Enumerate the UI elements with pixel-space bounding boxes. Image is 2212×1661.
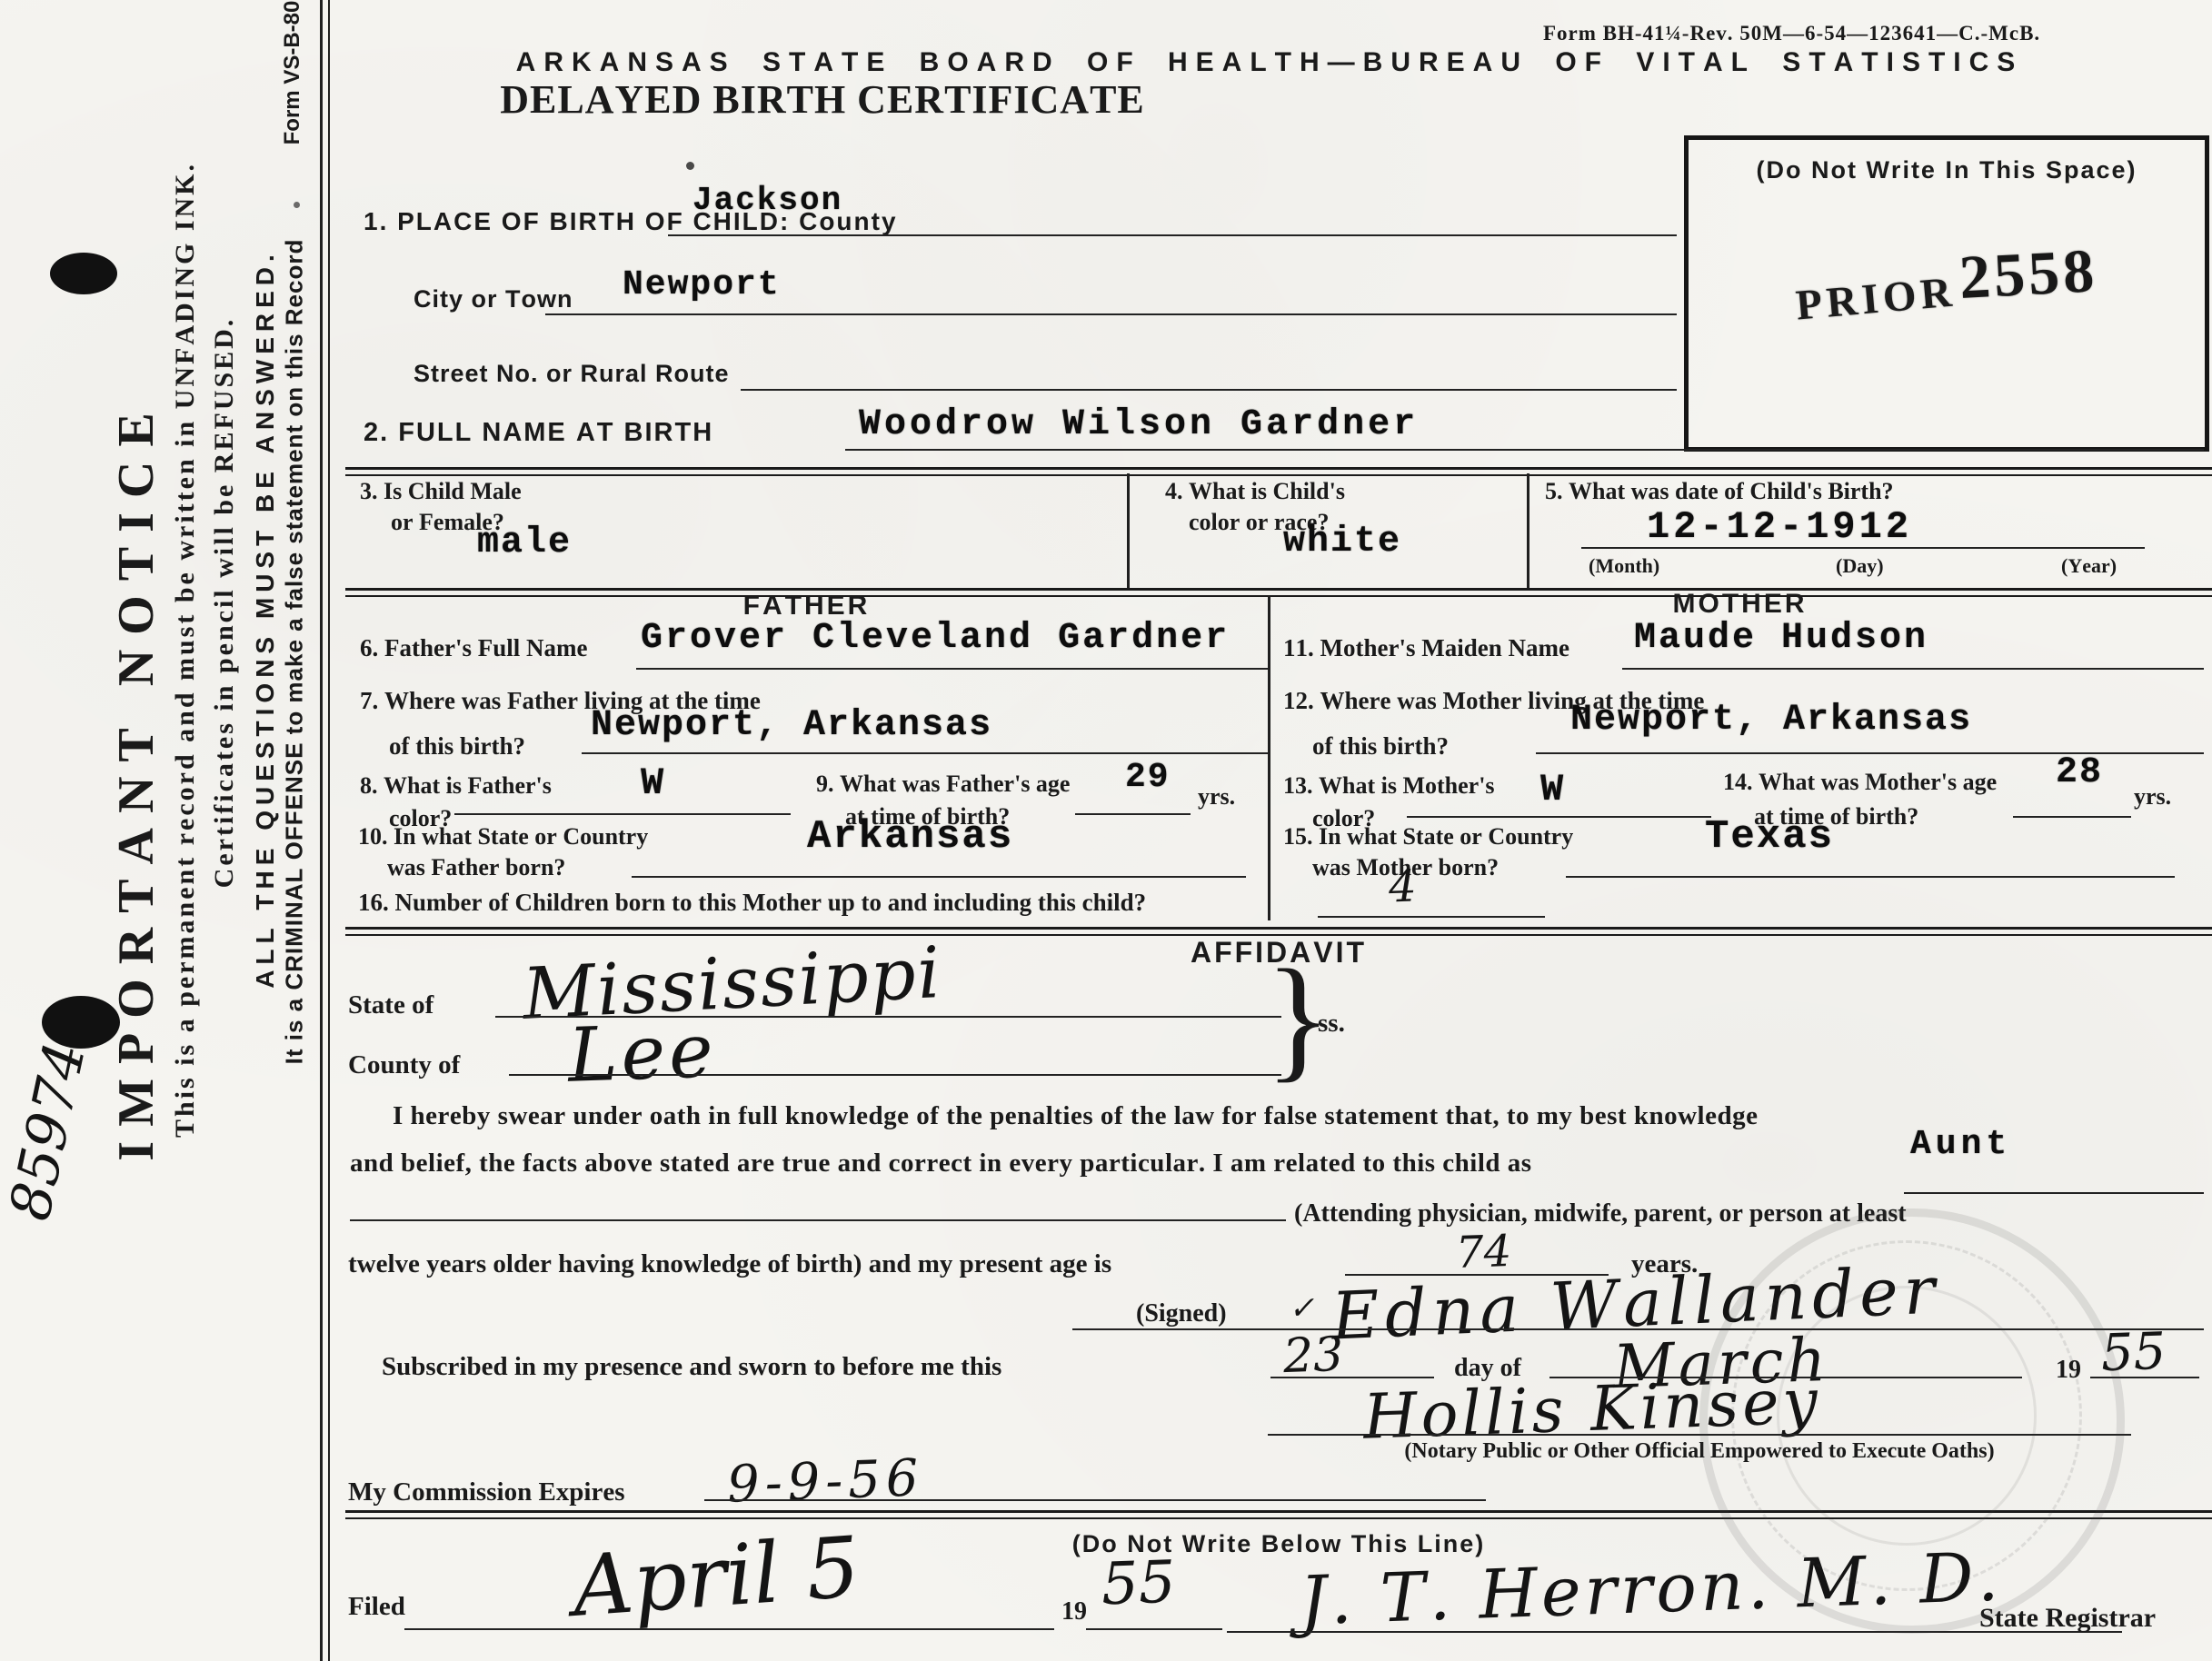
field1-county-line	[668, 234, 1677, 236]
cell-divider-1	[1127, 473, 1130, 588]
relation-line	[1904, 1192, 2204, 1194]
commission-label: My Commission Expires	[348, 1477, 625, 1507]
street-line	[741, 389, 1677, 391]
mother-name-label: 11. Mother's Maiden Name	[1283, 634, 1569, 662]
mother-name-line	[1622, 668, 2204, 670]
mother-age-line	[2013, 816, 2131, 818]
father-color-line	[454, 813, 791, 815]
filed-line	[404, 1628, 1054, 1630]
subscribed-line: Subscribed in my presence and sworn to b…	[382, 1352, 1001, 1382]
dob-value: 12-12-1912	[1647, 505, 1912, 549]
father-name-value: Grover Cleveland Gardner	[641, 618, 1230, 659]
attending-note: (Attending physician, midwife, parent, o…	[1294, 1199, 1907, 1228]
city-line	[545, 313, 1677, 315]
affidavit-county-label: County of	[348, 1050, 460, 1080]
form-reference: Form BH-41¼-Rev. 50M—6-54—123641—C.-McB.	[1543, 22, 2040, 45]
birth-certificate-document: 85974 IMPORTANT NOTICE This is a permane…	[0, 0, 2212, 1661]
father-color-value: W	[641, 761, 665, 805]
mother-name-value: Maude Hudson	[1634, 618, 1928, 659]
father-birthplace-value: Arkansas	[807, 814, 1013, 860]
father-color-label1: 8. What is Father's	[360, 772, 552, 800]
scan-speck	[294, 202, 300, 208]
sidebar-important-notice: IMPORTANT NOTICE	[107, 398, 165, 1160]
city-label: City or Town	[414, 285, 573, 313]
signed-label: (Signed)	[1136, 1299, 1227, 1328]
handwritten-file-number: 85974	[0, 1037, 98, 1226]
father-birthplace-label1: 10. In what State or Country	[358, 823, 648, 850]
mother-residence-label2: of this birth?	[1312, 732, 1449, 761]
attending-blank-line	[350, 1219, 1286, 1221]
affidavit-state-label: State of	[348, 990, 433, 1020]
father-residence-label2: of this birth?	[389, 732, 525, 761]
filed-label: Filed	[348, 1592, 405, 1622]
oath-line2: and belief, the facts above stated are t…	[350, 1149, 1532, 1179]
sworn-day-line	[1270, 1377, 1434, 1378]
commission-value: 9-9-56	[726, 1448, 924, 1515]
field2-label: 2. FULL NAME AT BIRTH	[364, 418, 713, 448]
sidebar-notice-line3: ALL THE QUESTIONS MUST BE ANSWERED.	[251, 249, 280, 989]
affidavit-top-rule	[345, 927, 2212, 936]
cell-divider-2	[1527, 473, 1529, 588]
mother-birthplace-label1: 15. In what State or Country	[1283, 823, 1573, 850]
mother-color-line	[1407, 816, 1711, 818]
do-not-write-note: (Do Not Write In This Space)	[1689, 156, 2205, 184]
mother-birthplace-value: Texas	[1705, 814, 1834, 860]
father-name-line	[636, 668, 1268, 670]
agency-title: ARKANSAS STATE BOARD OF HEALTH—BUREAU OF…	[327, 47, 2212, 78]
dob-month-label: (Month)	[1589, 554, 1659, 578]
father-age-line	[1075, 813, 1191, 815]
present-age-line: twelve years older having knowledge of b…	[348, 1249, 1111, 1279]
father-age-label1: 9. What was Father's age	[816, 771, 1070, 798]
filed-year-prefix: 19	[1061, 1597, 1087, 1626]
scan-speck	[686, 162, 694, 170]
prior-stamp-number: 2558	[1958, 234, 2099, 313]
notary-seal-inner	[1777, 1286, 2037, 1546]
sidebar-border-inner	[328, 0, 330, 1661]
sidebar-border-outer	[320, 0, 323, 1661]
mother-color-label1: 13. What is Mother's	[1283, 772, 1495, 800]
dob-line	[1581, 547, 2145, 549]
sworn-day-value: 23	[1282, 1328, 1344, 1384]
father-residence-line	[582, 752, 1268, 754]
sidebar-notice-line2: Certificates in pencil will be REFUSED.	[209, 317, 240, 889]
filed-date-value: April 5	[570, 1518, 863, 1636]
signed-check-mark: ✓	[1288, 1290, 1315, 1328]
sidebar-notice-line1: This is a permanent record and must be w…	[170, 162, 201, 1138]
affidavit-ss: ss.	[1318, 1009, 1345, 1039]
affidavit-county-value: Lee	[566, 1008, 718, 1099]
dob-label: 5. What was date of Child's Birth?	[1545, 478, 1894, 505]
mother-age-label1: 14. What was Mother's age	[1723, 769, 1997, 796]
father-birthplace-label2: was Father born?	[387, 854, 565, 881]
race-label-line1: 4. What is Child's	[1165, 478, 1345, 505]
children-count-line	[1318, 916, 1545, 918]
filed-year-value: 55	[1101, 1549, 1177, 1619]
filed-year-line	[1086, 1628, 1222, 1630]
children-count-value: 4	[1388, 860, 1417, 912]
table-top-rule	[345, 467, 2212, 476]
mother-birthplace-line	[1566, 876, 2175, 878]
field2-line	[845, 449, 2204, 451]
father-header: FATHER	[345, 591, 1268, 622]
dob-day-label: (Day)	[1836, 554, 1884, 578]
dob-year-label: (Year)	[2061, 554, 2117, 578]
document-title: DELAYED BIRTH CERTIFICATE	[336, 76, 1309, 123]
mother-age-unit: yrs.	[2134, 783, 2171, 811]
field1-county-value: Jackson	[692, 182, 842, 219]
prior-stamp-word: PRIOR	[1794, 267, 1958, 330]
city-value: Newport	[623, 265, 781, 304]
parents-divider	[1268, 595, 1270, 920]
commission-line	[704, 1499, 1486, 1501]
sex-value: male	[477, 522, 572, 563]
race-value: white	[1283, 522, 1401, 562]
mother-color-value: W	[1540, 768, 1565, 811]
father-residence-value: Newport, Arkansas	[591, 705, 992, 746]
mother-header: MOTHER	[1268, 589, 2212, 620]
sex-label-line1: 3. Is Child Male	[360, 478, 522, 505]
mother-age-value: 28	[2056, 752, 2103, 793]
father-name-label: 6. Father's Full Name	[360, 634, 587, 662]
hole-punch-top	[50, 253, 117, 294]
affidavit-county-line	[509, 1074, 1281, 1076]
sidebar-notice-line4: It is a CRIMINAL OFFENSE to make a false…	[281, 239, 309, 1065]
do-not-write-box: (Do Not Write In This Space) PRIOR 2558	[1684, 135, 2209, 452]
field2-value: Woodrow Wilson Gardner	[859, 404, 1419, 445]
relation-value: Aunt	[1910, 1125, 2011, 1164]
father-age-unit: yrs.	[1198, 783, 1235, 811]
mother-residence-value: Newport, Arkansas	[1570, 700, 1972, 741]
oath-line1: I hereby swear under oath in full knowle…	[393, 1101, 1758, 1131]
children-count-label: 16. Number of Children born to this Moth…	[358, 889, 1146, 917]
street-label: Street No. or Rural Route	[414, 360, 730, 388]
father-age-value: 29	[1125, 758, 1171, 797]
father-birthplace-line	[632, 876, 1246, 878]
sidebar-form-number: Form VS-B-80	[280, 1, 305, 145]
mother-residence-line	[1536, 752, 2204, 754]
